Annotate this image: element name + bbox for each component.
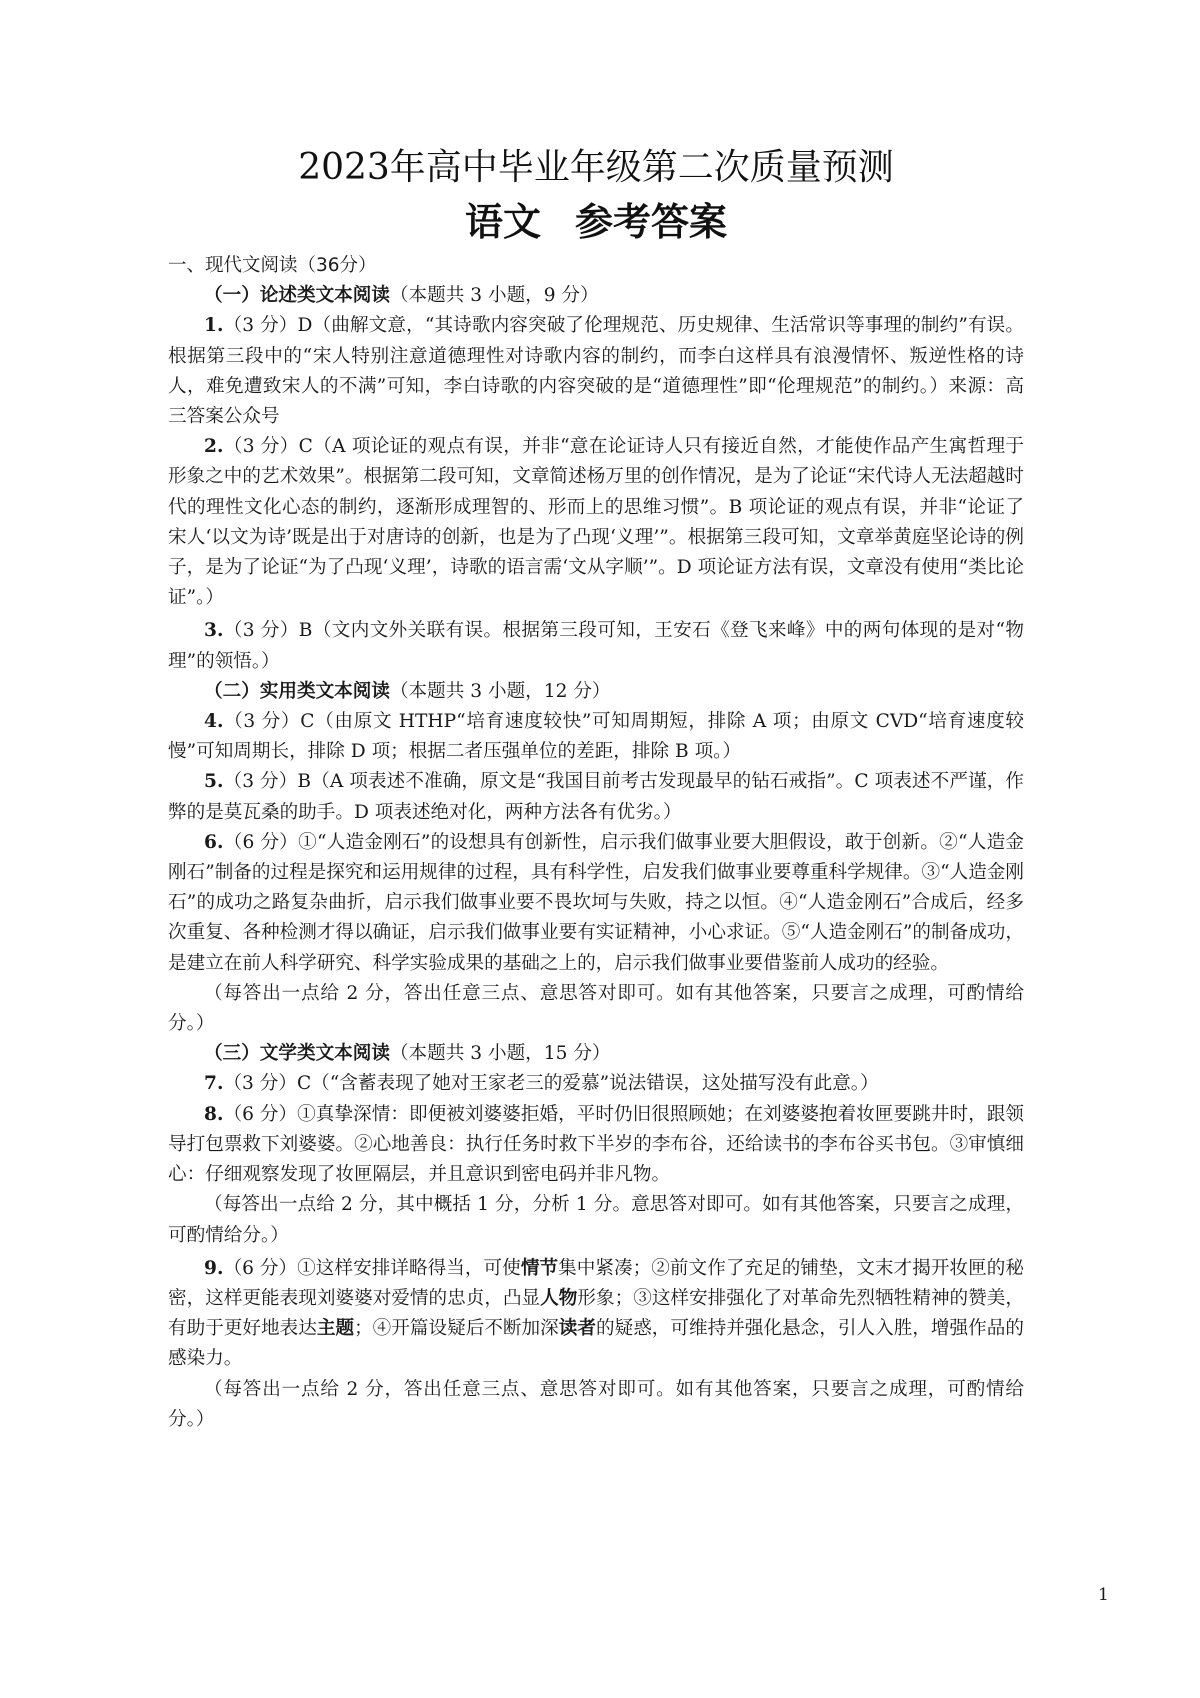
scoring-note-8: （每答出一点给 2 分，其中概括 1 分，分析 1 分。意思答对即可。如有其他答… (168, 1190, 1024, 1250)
scoring-note-6: （每答出一点给 2 分，答出任意三点、意思答对即可。如有其他答案，只要言之成理，… (168, 979, 1024, 1039)
answer-item-7: 7.（3 分）C（“含蓄表现了她对王家老三的爱慕”说法错误，这处描写没有此意。） (168, 1069, 1024, 1099)
answer-text: （3 分）D（曲解文意，“其诗歌内容突破了伦理规范、历史规律、生活常识等事理的制… (168, 315, 1024, 427)
answer-item-4: 4.（3 分）C（由原文 HTHP“培育速度较快”可知周期短，排除 A 项；由原… (168, 707, 1024, 767)
answer-text: （6 分）①“人造金刚石”的设想具有创新性，启示我们做事业要大胆假设，敢于创新。… (168, 832, 1024, 974)
part-title: （三）文学类文本阅读 (204, 1043, 390, 1064)
part-meta: （本题共 3 小题，9 分） (390, 285, 599, 306)
answer-item-5: 5.（3 分）B（A 项表述不准确，原文是“我国目前考古发现最早的钻石戒指”。C… (168, 767, 1024, 827)
answer-text: （3 分）C（A 项论证的观点有误，并非“意在论证诗人只有接近自然，才能使作品产… (168, 436, 1024, 608)
part-heading-literary: （三）文学类文本阅读（本题共 3 小题，15 分） (168, 1039, 1024, 1069)
section-heading: 一、现代文阅读（36分） (168, 251, 1024, 281)
question-number: 8. (204, 1104, 223, 1125)
answer-text: （3 分）C（“含蓄表现了她对王家老三的爱慕”说法错误，这处描写没有此意。） (223, 1073, 878, 1094)
answer-text: （6 分）①真挚深情：即便被刘婆婆拒婚，平时仍旧很照顾她；在刘婆婆抱着妆匣要跳井… (168, 1104, 1024, 1185)
question-number: 4. (204, 711, 223, 732)
question-number: 1. (204, 315, 223, 336)
keyword-theme: 主题 (317, 1318, 354, 1339)
answer-item-9: 9.（6 分）①这样安排详略得当，可使情节集中紧凑；②前文作了充足的铺垫，文末才… (168, 1254, 1024, 1375)
scoring-note-9: （每答出一点给 2 分，答出任意三点、意思答对即可。如有其他答案，只要言之成理，… (168, 1375, 1024, 1435)
part-title: （二）实用类文本阅读 (204, 681, 390, 702)
part-heading-argumentative: （一）论述类文本阅读（本题共 3 小题，9 分） (168, 281, 1024, 311)
answer-text: （3 分）B（文内文外关联有误。根据第三段可知，王安石《登飞来峰》中的两句体现的… (168, 620, 1024, 671)
answer-item-6: 6.（6 分）①“人造金刚石”的设想具有创新性，启示我们做事业要大胆假设，敢于创… (168, 828, 1024, 979)
answer-text: （3 分）C（由原文 HTHP“培育速度较快”可知周期短，排除 A 项；由原文 … (168, 711, 1024, 762)
question-number: 9. (204, 1258, 223, 1279)
part-title: （一）论述类文本阅读 (204, 285, 390, 306)
answer-text: （3 分）B（A 项表述不准确，原文是“我国目前考古发现最早的钻石戒指”。C 项… (168, 771, 1024, 822)
subject-label: 语文 (465, 200, 541, 244)
answer-item-3: 3.（3 分）B（文内文外关联有误。根据第三段可知，王安石《登飞来峰》中的两句体… (168, 616, 1024, 676)
keyword-reader: 读者 (559, 1318, 596, 1339)
document-title: 2023年高中毕业年级第二次质量预测 (168, 146, 1024, 190)
answer-item-1: 1.（3 分）D（曲解文意，“其诗歌内容突破了伦理规范、历史规律、生活常识等事理… (168, 311, 1024, 432)
answer-text: ；④开篇设疑后不断加深 (354, 1318, 559, 1339)
answer-text: （6 分）①这样安排详略得当，可使 (223, 1258, 520, 1279)
question-number: 3. (204, 620, 223, 641)
page-number: 1 (1098, 1585, 1109, 1605)
part-heading-practical: （二）实用类文本阅读（本题共 3 小题，12 分） (168, 677, 1024, 707)
document-subtitle: 语文参考答案 (168, 198, 1024, 246)
question-number: 6. (204, 832, 223, 853)
keyword-plot: 情节 (521, 1258, 558, 1279)
question-number: 2. (204, 436, 223, 457)
part-meta: （本题共 3 小题，12 分） (390, 681, 611, 702)
question-number: 7. (204, 1073, 223, 1094)
keyword-character: 人物 (540, 1288, 577, 1309)
part-meta: （本题共 3 小题，15 分） (390, 1043, 611, 1064)
answer-item-2: 2.（3 分）C（A 项论证的观点有误，并非“意在论证诗人只有接近自然，才能使作… (168, 432, 1024, 613)
answer-body: 一、现代文阅读（36分） （一）论述类文本阅读（本题共 3 小题，9 分） 1.… (168, 251, 1024, 1435)
answer-key-label: 参考答案 (575, 200, 727, 244)
question-number: 5. (204, 771, 223, 792)
answer-item-8: 8.（6 分）①真挚深情：即便被刘婆婆拒婚，平时仍旧很照顾她；在刘婆婆抱着妆匣要… (168, 1100, 1024, 1191)
